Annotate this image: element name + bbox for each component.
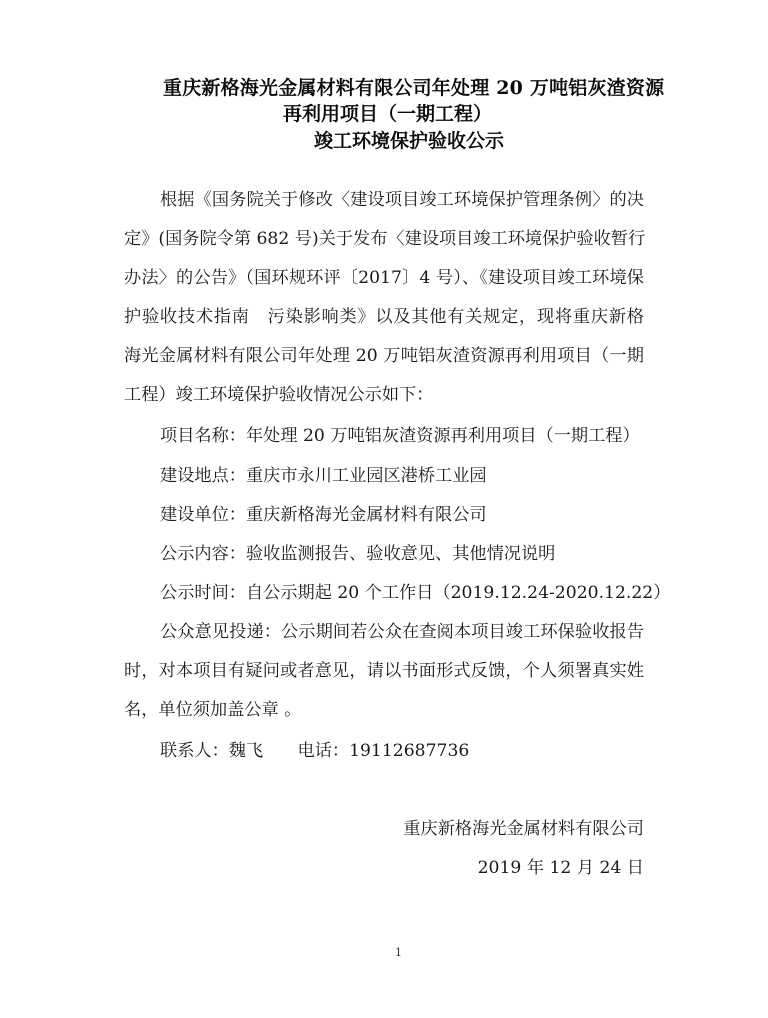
intro-line: 海光金属材料有限公司年处理 20 万吨铝灰渣资源再利用项目（一期 [124, 345, 644, 367]
intro-line: 定》(国务院令第 682 号)关于发布〈建设项目竣工环境保护验收暂行 [124, 228, 644, 250]
project-name: 项目名称：年处理 20 万吨铝灰渣资源再利用项目（一期工程） [160, 425, 640, 447]
document-page: 重庆新格海光金属材料有限公司年处理 20 万吨铝灰渣资源 再利用项目（一期工程）… [0, 0, 768, 1018]
construction-location: 建设地点：重庆市永川工业园区港桥工业园 [160, 465, 487, 487]
signature-date: 2019 年 12 月 24 日 [478, 857, 644, 879]
intro-line: 根据《国务院关于修改〈建设项目竣工环境保护管理条例〉的决 [160, 189, 644, 211]
contact-info: 联系人：魏飞 电话：19112687736 [160, 740, 469, 762]
intro-line: 护验收技术指南 污染影响类》以及其他有关规定，现将重庆新格 [124, 306, 644, 328]
intro-line: 办法〉的公告》（国环规环评〔2017〕4 号）、《建设项目竣工环境保 [124, 267, 644, 289]
publicity-period: 公示时间：自公示期起 20 个工作日（2019.12.24-2020.12.22… [160, 582, 670, 604]
title-line-2: 再利用项目（一期工程） [283, 101, 492, 127]
title-line-1: 重庆新格海光金属材料有限公司年处理 20 万吨铝灰渣资源 [163, 75, 664, 101]
intro-line: 工程）竣工环境保护验收情况公示如下： [124, 384, 433, 406]
page-number: 1 [395, 946, 402, 959]
construction-unit: 建设单位：重庆新格海光金属材料有限公司 [160, 504, 487, 526]
publicity-content: 公示内容：验收监测报告、验收意见、其他情况说明 [160, 543, 555, 565]
feedback-line: 时，对本项目有疑问或者意见，请以书面形式反馈，个人须署真实姓 [124, 660, 644, 682]
feedback-line: 名，单位须加盖公章 。 [124, 699, 301, 721]
signature-company: 重庆新格海光金属材料有限公司 [403, 818, 644, 840]
title-line-3: 竣工环境保护验收公示 [314, 128, 504, 154]
feedback-line: 公众意见投递：公示期间若公众在查阅本项目竣工环保验收报告 [160, 621, 644, 643]
